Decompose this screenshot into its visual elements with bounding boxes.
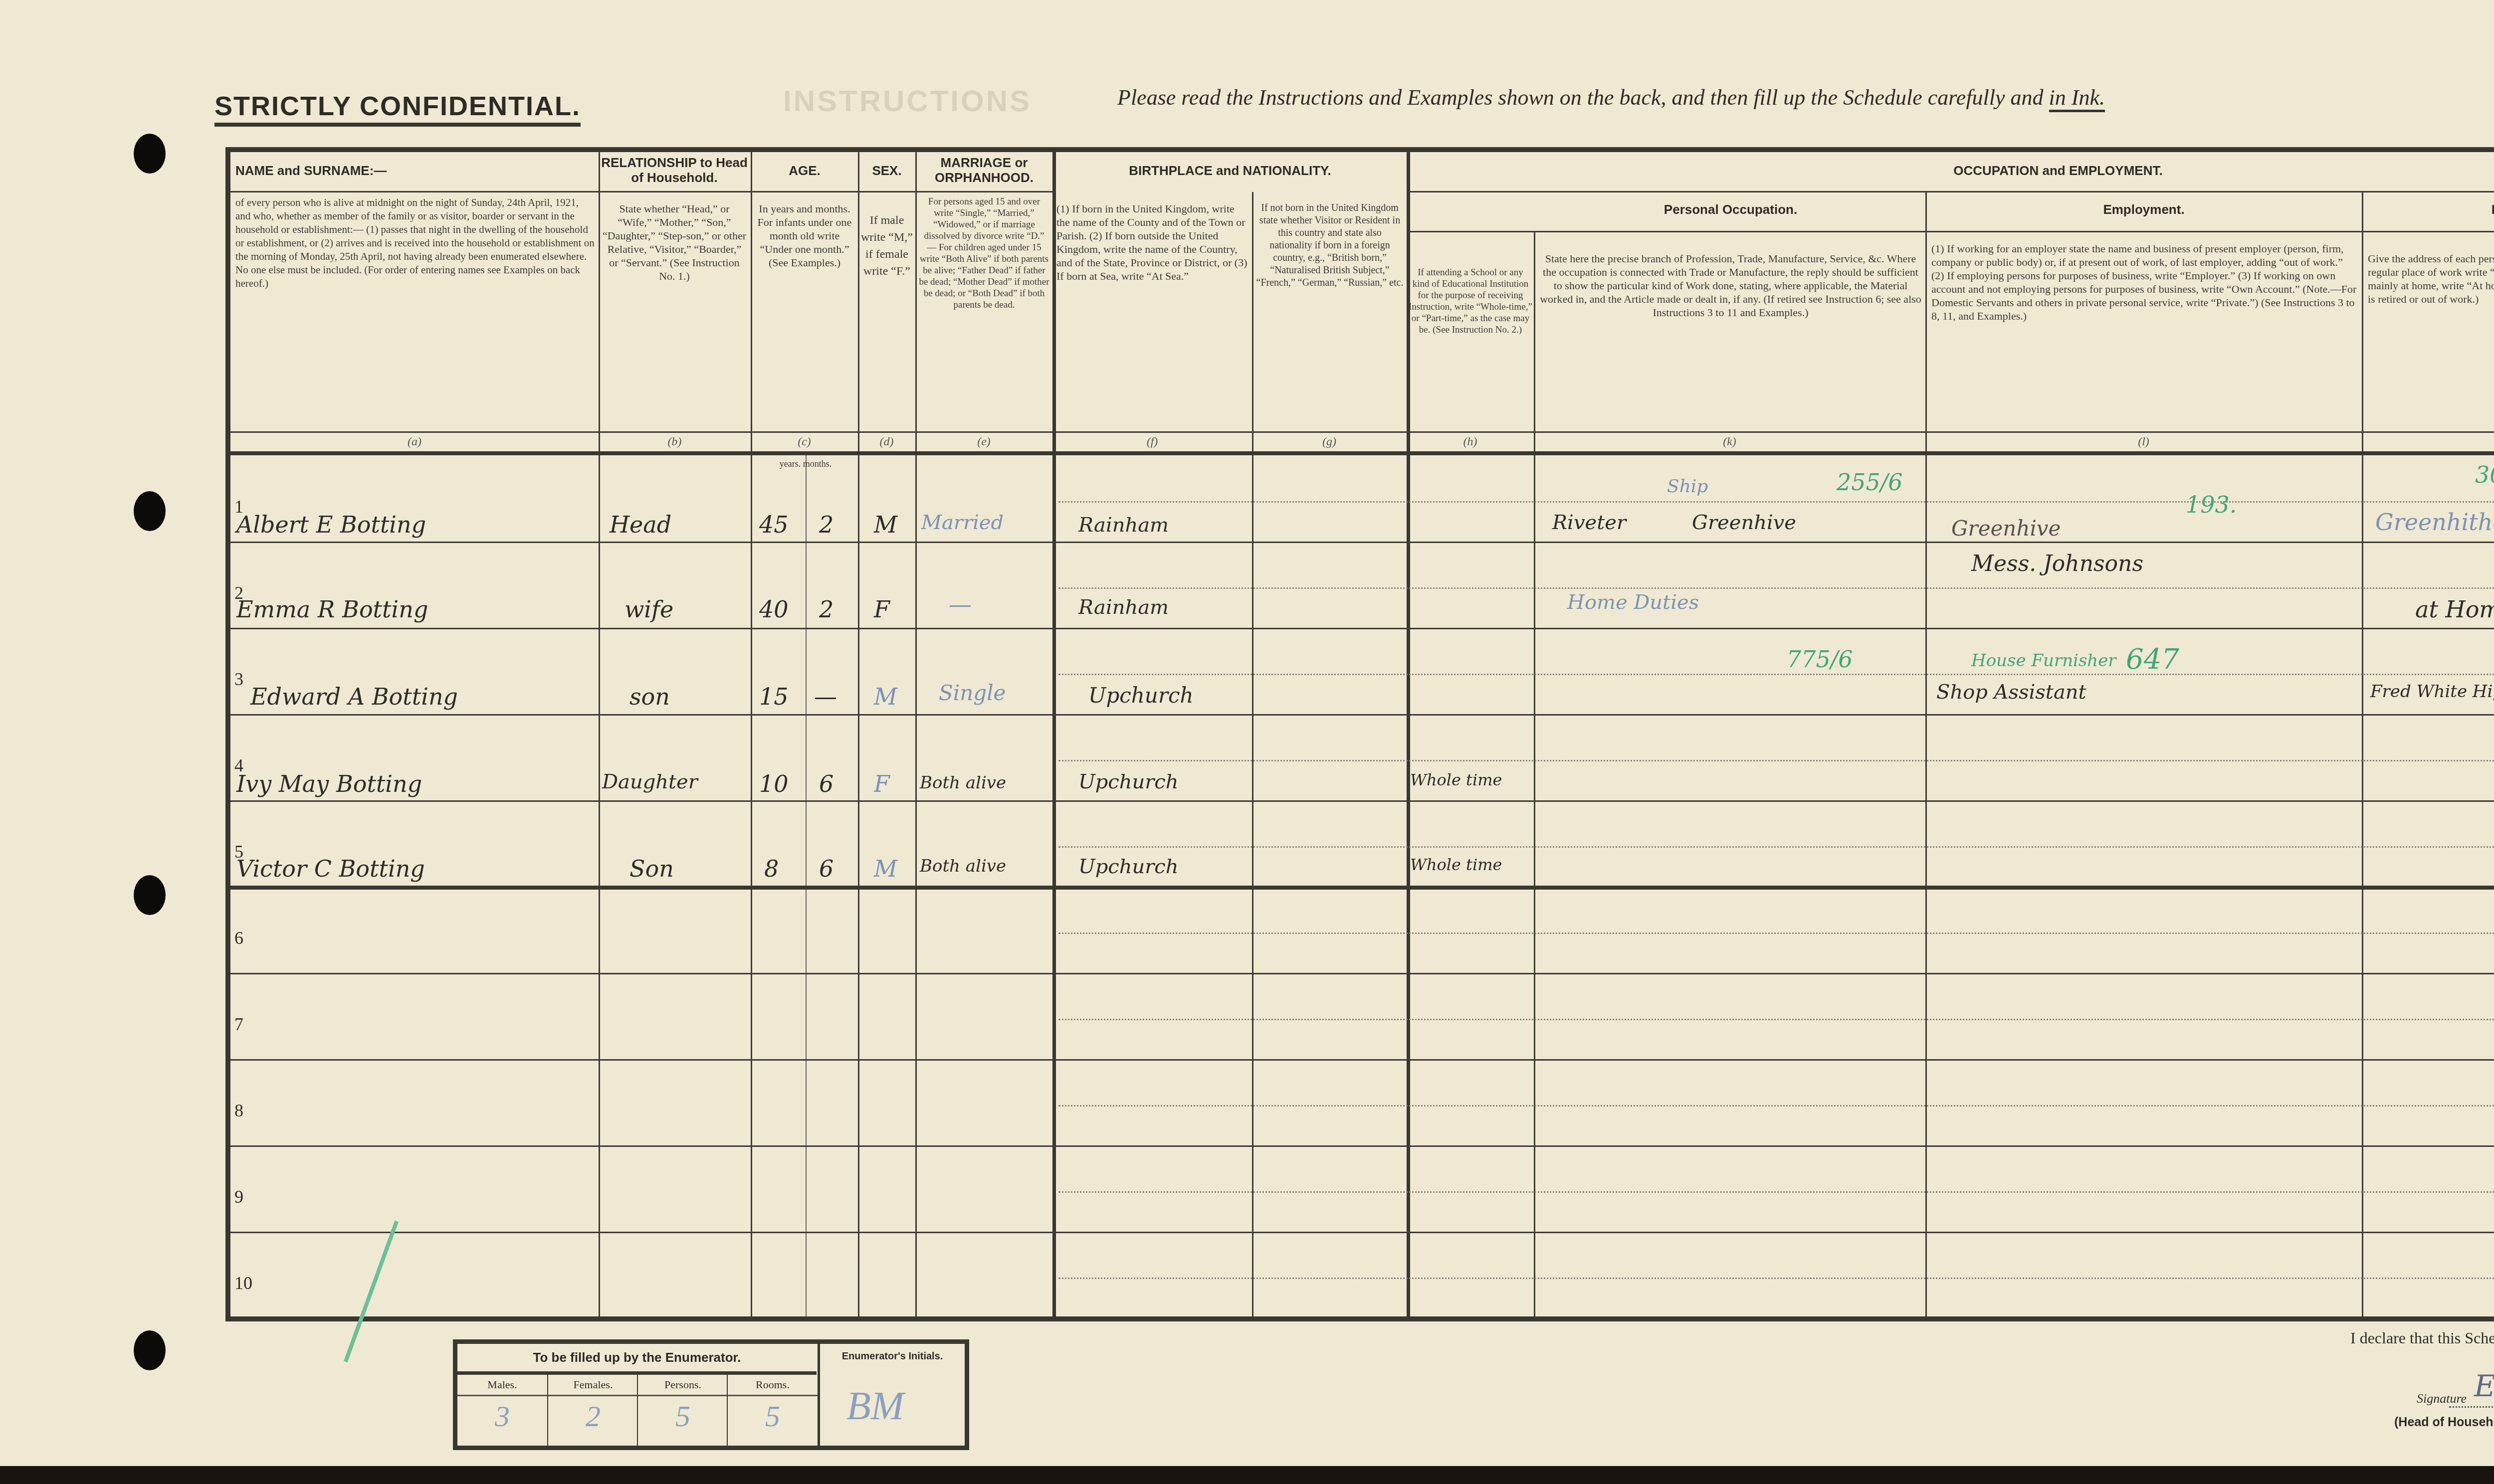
age-years-cell[interactable]: 40 [759, 596, 789, 623]
females-field[interactable]: Females.2 [547, 1375, 638, 1446]
col-b-title: RELATIONSHIP to Head of Household. [601, 155, 748, 185]
signature-label: Signature [2417, 1391, 2467, 1406]
name-cell[interactable]: Ivy May Botting [236, 770, 422, 797]
row-number: 6 [234, 927, 243, 948]
birthplace-cell[interactable]: Upchurch [1088, 683, 1194, 708]
punch-hole-icon [134, 875, 166, 915]
name-cell[interactable]: Albert E Botting [236, 511, 426, 538]
sex-cell[interactable]: F [874, 596, 890, 623]
row-number: 10 [234, 1273, 252, 1294]
sex-cell[interactable]: M [874, 511, 897, 538]
signature-line [2449, 1406, 2494, 1408]
name-cell[interactable]: Edward A Botting [250, 683, 458, 710]
place-of-work-cell[interactable]: Greenhithe [2375, 509, 2494, 536]
punch-hole-icon [134, 134, 166, 174]
occupation-code: 775/6 [1787, 646, 1853, 673]
col-m-letter: (m) [2362, 435, 2494, 449]
col-c-title: AGE. [753, 163, 856, 178]
personal-occupation-title: Personal Occupation. [1537, 202, 1924, 217]
col-e-title: MARRIAGE or ORPHANHOOD. [918, 155, 1050, 185]
rooms-field[interactable]: Rooms.5 [727, 1375, 818, 1446]
col-e-body: For persons aged 15 and over write “Sing… [919, 196, 1049, 311]
occupation-code: 255/6 [1837, 469, 1903, 496]
col-h-letter: (h) [1407, 435, 1534, 449]
birthplace-cell[interactable]: Upchurch [1078, 855, 1179, 878]
occupation-cell[interactable]: Home Duties [1567, 591, 1699, 614]
col-g-letter: (g) [1252, 435, 1407, 449]
signature-field[interactable]: E Botting [2474, 1369, 2494, 1404]
birthplace-cell[interactable]: Upchurch [1078, 770, 1179, 793]
age-months-cell[interactable]: 2 [819, 596, 833, 623]
col-b-letter: (b) [599, 435, 751, 449]
col-c-letter: (c) [751, 435, 858, 449]
enumerator-count-box: To be filled up by the Enumerator. Males… [453, 1339, 969, 1450]
age-months-cell[interactable]: 6 [819, 770, 833, 797]
employment-title: Employment. [1927, 202, 2360, 217]
col-f-letter: (f) [1052, 435, 1252, 449]
row-number: 8 [234, 1100, 243, 1121]
col-d-title: SEX. [860, 163, 914, 178]
punch-hole-icon [134, 491, 166, 531]
males-field[interactable]: Males.3 [457, 1375, 547, 1446]
col-g-body: If not born in the United Kingdom state … [1255, 202, 1404, 289]
col-k-body: State here the precise branch of Profess… [1540, 252, 1921, 319]
col-c-body: In years and months. For infants under o… [754, 202, 855, 269]
age-years-cell[interactable]: 8 [764, 855, 779, 882]
row-number: 7 [234, 1014, 243, 1035]
school-cell[interactable]: Whole time [1410, 855, 1502, 874]
place-code: 3070/13 [2475, 461, 2494, 488]
instructions-line: Please read the Instructions and Example… [1117, 85, 2105, 110]
scan-edge [0, 1466, 2494, 1484]
age-months-cell[interactable]: 6 [819, 855, 833, 882]
years-label: years. [780, 459, 801, 469]
col-l-letter: (l) [1925, 435, 2362, 449]
birthplace-cell[interactable]: Rainham [1078, 514, 1169, 537]
employment-annotation: House Furnisher [1971, 651, 2116, 671]
relationship-cell[interactable]: Son [629, 855, 674, 882]
row-number: 9 [234, 1186, 243, 1207]
col-fg-title: BIRTHPLACE and NATIONALITY. [1055, 163, 1405, 178]
place-of-work-cell[interactable]: at Home [2415, 596, 2494, 623]
age-months-cell[interactable]: 2 [819, 511, 833, 538]
count-box-header: To be filled up by the Enumerator. [457, 1344, 817, 1375]
household-table: NAME and SURNAME:— of every person who i… [225, 147, 2494, 1321]
relationship-cell[interactable]: son [629, 683, 670, 710]
sex-cell[interactable]: M [874, 855, 897, 882]
bleed-through-text: INSTRUCTIONS [783, 84, 1032, 118]
col-a-title: NAME and SURNAME:— [235, 163, 535, 178]
occupation-annotation: Ship [1667, 476, 1708, 497]
age-years-cell[interactable]: 45 [759, 511, 789, 538]
persons-field[interactable]: Persons.5 [637, 1375, 728, 1446]
in-ink-text: in Ink. [2049, 85, 2105, 112]
occupation-extra: Greenhive [1692, 511, 1796, 534]
age-years-cell[interactable]: 10 [759, 770, 789, 797]
col-l-body: (1) If working for an employer state the… [1931, 242, 2358, 323]
employment-cell[interactable]: Mess. Johnsons [1971, 551, 2143, 576]
months-label: months. [803, 459, 832, 469]
occupation-cell[interactable]: Riveter [1552, 511, 1626, 534]
col-f-body: (1) If born in the United Kingdom, write… [1056, 202, 1249, 283]
employment-cell[interactable]: Shop Assistant [1936, 681, 2086, 704]
marriage-cell[interactable]: Single [939, 681, 1006, 705]
col-e-letter: (e) [915, 435, 1052, 449]
birthplace-cell[interactable]: Rainham [1078, 596, 1169, 619]
marriage-cell[interactable]: — [949, 591, 972, 618]
employment-cell[interactable]: Greenhive [1951, 516, 2061, 541]
place-of-work-cell[interactable]: Fred White High Street Gillingham [2370, 682, 2494, 702]
punch-hole-icon [134, 1330, 166, 1370]
marriage-cell[interactable]: Married [921, 511, 1004, 534]
occupation-title: OCCUPATION and EMPLOYMENT. [1409, 163, 2494, 178]
col-d-letter: (d) [858, 435, 915, 449]
col-d-body: If male write “M,” if female write “F.” [861, 212, 913, 280]
col-a-letter: (a) [230, 435, 599, 449]
signature-note: (Head of Household, Manager of Establish… [2394, 1415, 2494, 1430]
name-cell[interactable]: Emma R Botting [236, 596, 428, 623]
place-of-work-title: Place of Work. [2364, 202, 2494, 217]
declaration-text: I declare that this Schedule is correctl… [2350, 1329, 2494, 1347]
sex-cell[interactable]: F [874, 770, 890, 797]
name-cell[interactable]: Victor C Botting [236, 855, 425, 882]
sex-cell[interactable]: M [874, 683, 897, 710]
instructions-text: Please read the Instructions and Example… [1117, 85, 2049, 110]
col-b-body: State whether “Head,” or “Wife,” “Mother… [602, 202, 747, 283]
marriage-cell[interactable]: Both alive [920, 856, 1006, 876]
row-number: 3 [234, 669, 243, 690]
col-a-body: of every person who is alive at midnight… [235, 196, 595, 290]
strictly-confidential-heading: STRICTLY CONFIDENTIAL. [214, 91, 581, 127]
col-m-body: Give the address of each person's place … [2368, 252, 2494, 306]
school-cell[interactable]: Whole time [1410, 770, 1502, 789]
marriage-cell[interactable]: Both alive [920, 773, 1006, 793]
col-h-body: If attending a School or any kind of Edu… [1409, 267, 1532, 336]
relationship-cell[interactable]: Head [610, 511, 671, 538]
age-years-cell[interactable]: 15 [759, 683, 789, 710]
col-k-letter: (k) [1534, 435, 1925, 449]
enumerator-initials-value[interactable]: BM [846, 1384, 904, 1429]
employment-code: 647 [2126, 643, 2179, 676]
relationship-cell[interactable]: wife [624, 596, 673, 623]
age-months-cell[interactable]: — [814, 683, 837, 710]
age-subheader: years. months. [753, 457, 858, 471]
relationship-cell[interactable]: Daughter [602, 770, 698, 793]
employment-code: 193. [2186, 491, 2237, 518]
